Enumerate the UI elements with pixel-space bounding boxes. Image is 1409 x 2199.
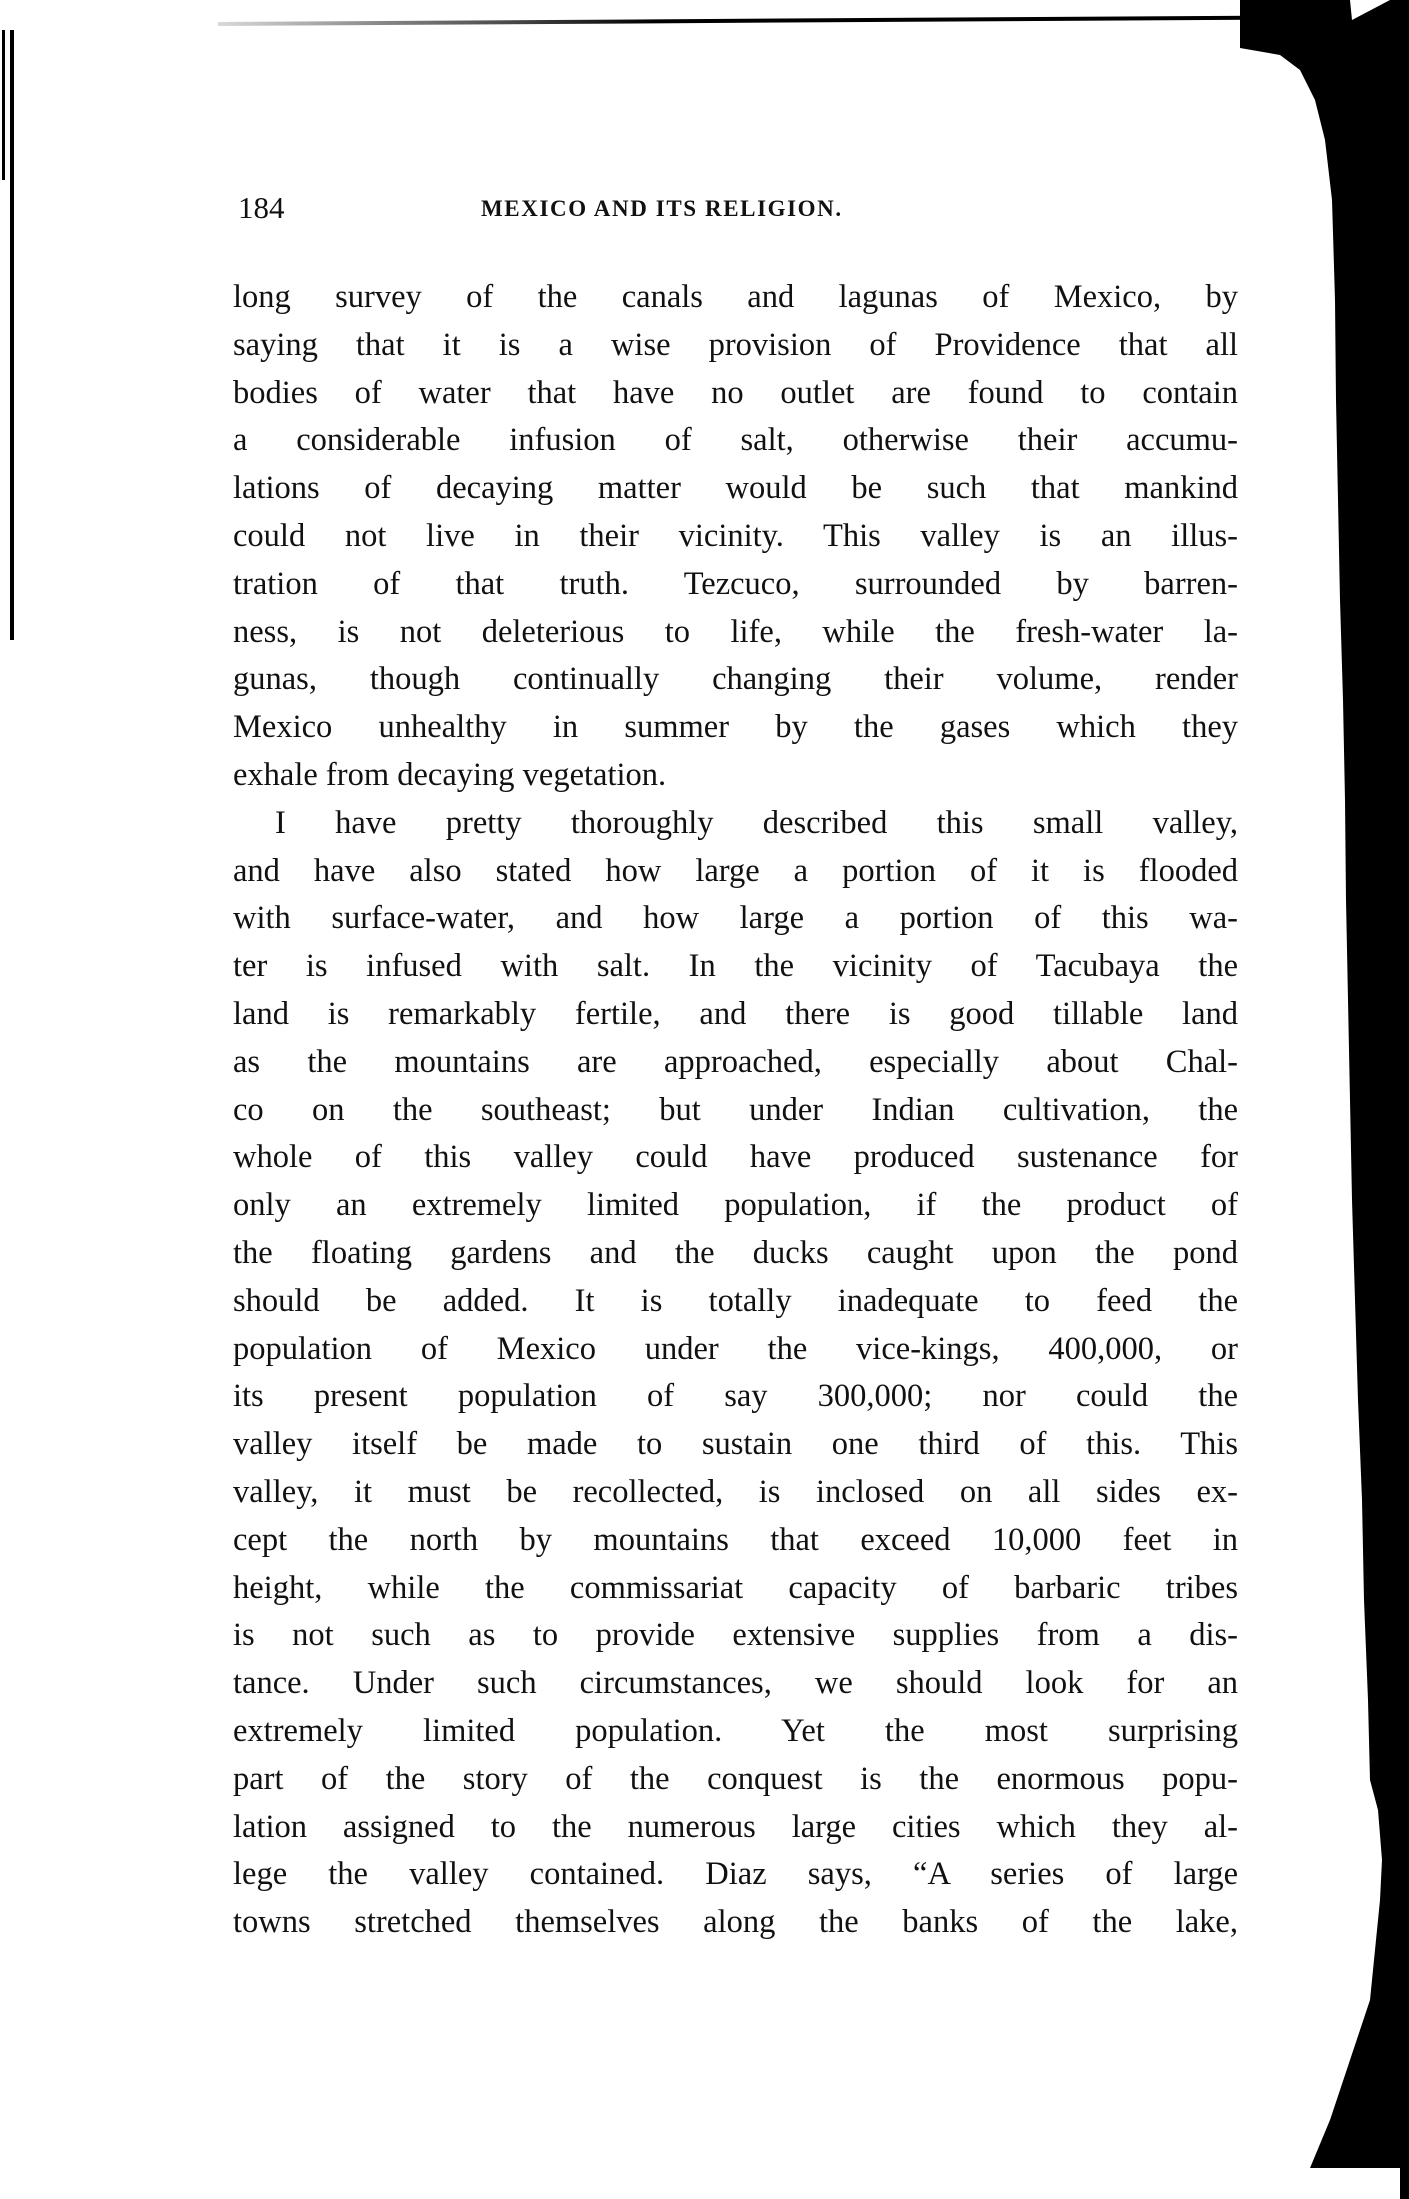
text-line: a considerable infusion of salt, otherwi… <box>233 417 1238 465</box>
binding-line <box>2 30 5 180</box>
paragraph-start-line: I have pretty thoroughly described this … <box>233 800 1238 848</box>
text-line: lege the valley contained. Diaz says, “A… <box>233 1851 1238 1899</box>
text-line: co on the southeast; but under Indian cu… <box>233 1087 1238 1135</box>
text-line: the floating gardens and the ducks caugh… <box>233 1230 1238 1278</box>
text-line: and have also stated how large a portion… <box>233 848 1238 896</box>
body-text: long survey of the canals and lagunas of… <box>233 274 1238 1947</box>
text-line: should be added. It is totally inadequat… <box>233 1278 1238 1326</box>
text-line: cept the north by mountains that exceed … <box>233 1517 1238 1565</box>
running-head: 184 MEXICO AND ITS RELIGION. <box>238 188 1058 228</box>
paragraph-end-line: exhale from decaying vegetation. <box>233 752 1238 800</box>
text-line: land is remarkably fertile, and there is… <box>233 991 1238 1039</box>
page-edge-shadow <box>1240 0 1409 2199</box>
text-line: only an extremely limited population, if… <box>233 1182 1238 1230</box>
text-line: could not live in their vicinity. This v… <box>233 513 1238 561</box>
text-line: lation assigned to the numerous large ci… <box>233 1804 1238 1852</box>
text-line: Mexico unhealthy in summer by the gases … <box>233 704 1238 752</box>
text-line: tration of that truth. Tezcuco, surround… <box>233 561 1238 609</box>
text-line: ter is infused with salt. In the vicinit… <box>233 943 1238 991</box>
text-line: saying that it is a wise provision of Pr… <box>233 322 1238 370</box>
text-line: towns stretched themselves along the ban… <box>233 1899 1238 1947</box>
text-line: extremely limited population. Yet the mo… <box>233 1708 1238 1756</box>
text-line: lations of decaying matter would be such… <box>233 465 1238 513</box>
binding-line <box>10 30 14 640</box>
text-line: population of Mexico under the vice-king… <box>233 1326 1238 1374</box>
text-line: its present population of say 300,000; n… <box>233 1373 1238 1421</box>
text-line: ness, is not deleterious to life, while … <box>233 609 1238 657</box>
text-line: bodies of water that have no outlet are … <box>233 370 1238 418</box>
page-number: 184 <box>238 188 285 228</box>
text-line: tance. Under such circumstances, we shou… <box>233 1660 1238 1708</box>
text-line: as the mountains are approached, especia… <box>233 1039 1238 1087</box>
text-line: valley, it must be recollected, is inclo… <box>233 1469 1238 1517</box>
text-line: is not such as to provide extensive supp… <box>233 1612 1238 1660</box>
running-title: MEXICO AND ITS RELIGION. <box>481 191 843 227</box>
text-line: whole of this valley could have produced… <box>233 1134 1238 1182</box>
book-page: 184 MEXICO AND ITS RELIGION. long survey… <box>0 0 1409 2199</box>
page-top-edge <box>218 15 1308 26</box>
text-line: long survey of the canals and lagunas of… <box>233 274 1238 322</box>
text-line: valley itself be made to sustain one thi… <box>233 1421 1238 1469</box>
text-line: height, while the commissariat capacity … <box>233 1565 1238 1613</box>
text-line: part of the story of the conquest is the… <box>233 1756 1238 1804</box>
text-line: with surface-water, and how large a port… <box>233 895 1238 943</box>
text-line: gunas, though continually changing their… <box>233 656 1238 704</box>
